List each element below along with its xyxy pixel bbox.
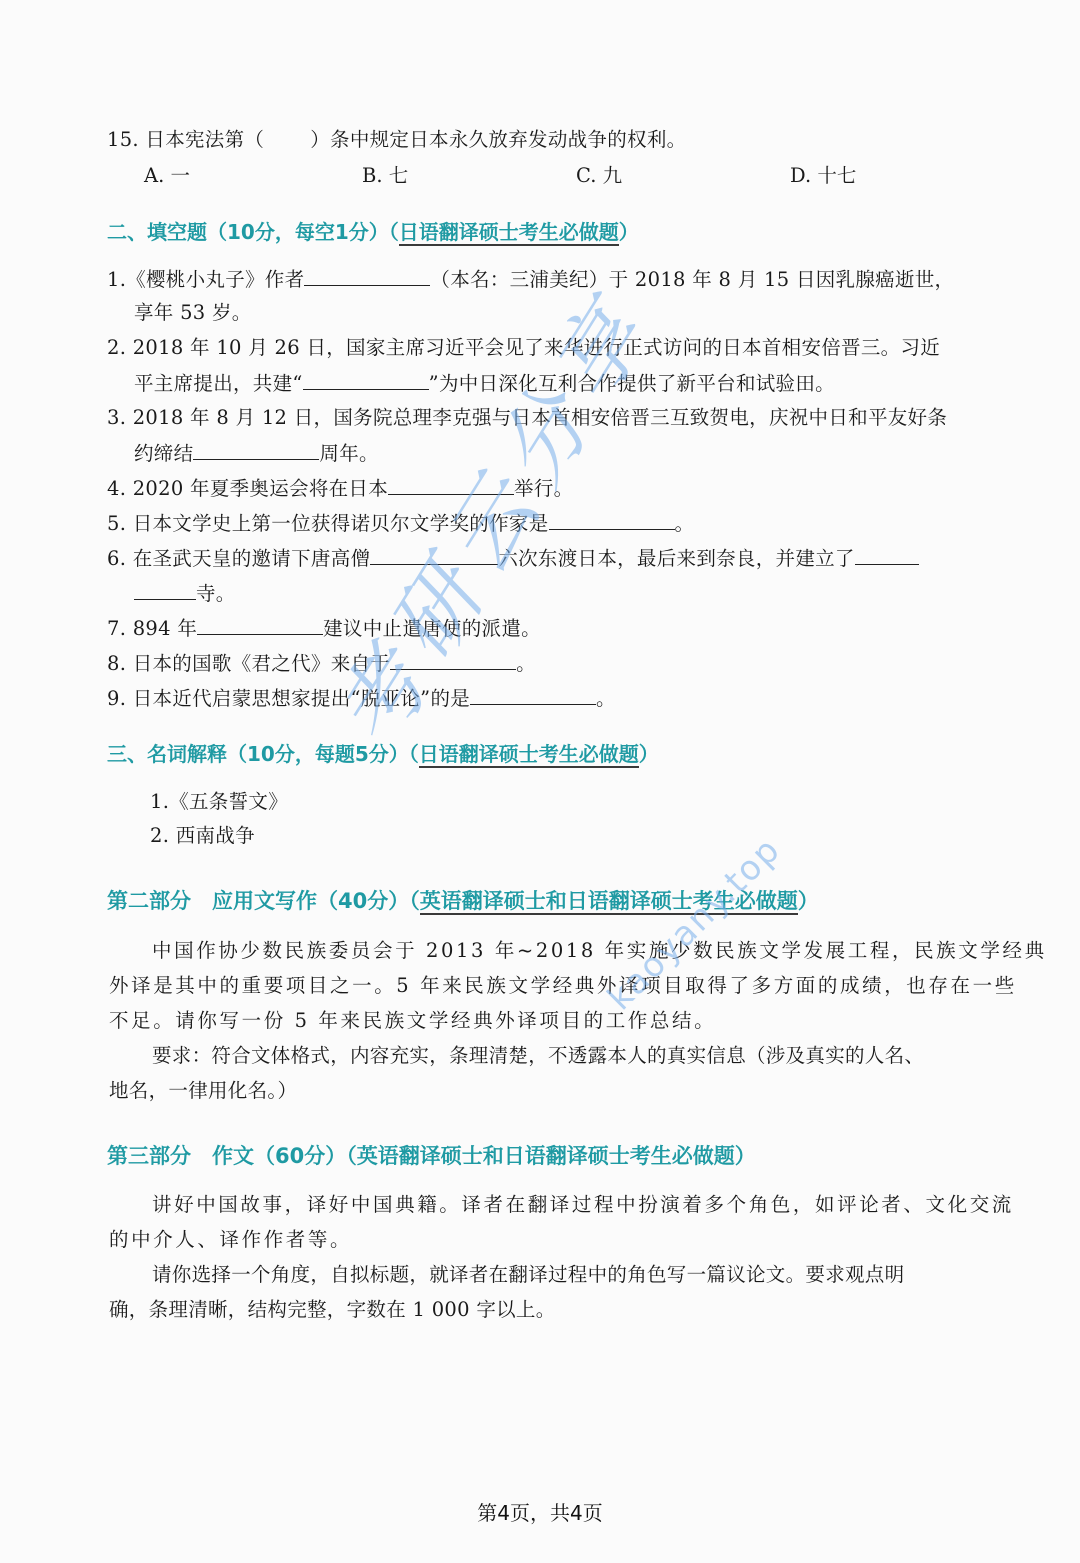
fill-item-5: 5. 日本文学史上第一位获得诺贝尔文学奖的作家是。: [107, 509, 694, 538]
section-title-underlined: 日语翻译硕士考生必做题: [419, 742, 639, 768]
item-text: 9. 日本近代启蒙思想家提出“脱亚论”的是: [107, 687, 470, 710]
item-text: （本名：三浦美纪）于 2018 年 8 月 15 日因乳腺癌逝世，: [430, 268, 954, 291]
answer-blank[interactable]: [370, 544, 498, 565]
fill-item-3: 3. 2018 年 8 月 12 日，国务院总理李克强与日本首相安倍晋三互致贺电…: [107, 404, 947, 432]
item-text: 建议中止遣唐使的派遣。: [323, 617, 541, 640]
part-2-requirement-line-2: 地名，一律用化名。）: [109, 1077, 297, 1105]
answer-blank[interactable]: [470, 684, 596, 705]
section-3-heading: 三、名词解释（10分，每题5分）（日语翻译硕士考生必做题）: [107, 739, 659, 769]
part-title: 第二部分 应用文写作（40分）（: [107, 889, 420, 913]
item-text: 六次东渡日本，最后来到奈良，并建立了: [498, 547, 854, 570]
item-text: 周年。: [319, 442, 378, 465]
answer-blank[interactable]: [549, 509, 675, 530]
item-text: ”为中日深化互利合作提供了新平台和试验田。: [429, 372, 835, 395]
fill-item-2: 2. 2018 年 10 月 26 日，国家主席习近平会见了来华进行正式访问的日…: [107, 334, 940, 362]
part-3-requirement-line-2: 确，条理清晰，结构完整，字数在 1 000 字以上。: [109, 1296, 556, 1324]
section-title-end: ）: [619, 220, 639, 244]
item-text: 8. 日本的国歌《君之代》来自于: [107, 652, 390, 675]
answer-blank[interactable]: [855, 544, 919, 565]
part-2-requirement-line-1: 要求：符合文体格式，内容充实，条理清楚，不透露本人的真实信息（涉及真实的人名、: [152, 1042, 924, 1070]
fill-item-4: 4. 2020 年夏季奥运会将在日本举行。: [107, 474, 573, 503]
option-c: C. 九: [576, 162, 622, 190]
option-a: A. 一: [144, 162, 190, 190]
section-title-underlined: 日语翻译硕士考生必做题: [399, 220, 619, 246]
term-item-2: 2. 西南战争: [150, 822, 255, 850]
fill-item-6: 6. 在圣武天皇的邀请下唐高僧六次东渡日本，最后来到奈良，并建立了: [107, 544, 919, 573]
fill-item-7: 7. 894 年建议中止遣唐使的派遣。: [107, 614, 541, 643]
part-2-paragraph-line-1: 中国作协少数民族委员会于 2013 年~2018 年实施少数民族文学发展工程，民…: [152, 937, 1047, 965]
fill-item-3-cont: 约缔结周年。: [134, 439, 379, 468]
part-3-paragraph-line-1: 讲好中国故事，译好中国典籍。译者在翻译过程中扮演着多个角色，如评论者、文化交流: [152, 1191, 1014, 1219]
answer-blank[interactable]: [388, 474, 514, 495]
part-2-paragraph-line-2: 外译是其中的重要项目之一。5 年来民族文学经典外译项目取得了多方面的成绩，也存在…: [109, 972, 1017, 1000]
answer-blank[interactable]: [304, 265, 430, 286]
answer-blank[interactable]: [197, 614, 323, 635]
item-text: 约缔结: [134, 442, 193, 465]
part-3-paragraph-line-2: 的中介人、译作作者等。: [109, 1226, 352, 1254]
fill-item-9: 9. 日本近代启蒙思想家提出“脱亚论”的是。: [107, 684, 616, 713]
item-text: 5. 日本文学史上第一位获得诺贝尔文学奖的作家是: [107, 512, 549, 535]
part-title-underlined: 英语翻译硕士和日语翻译硕士考生必做题: [420, 889, 798, 915]
item-text: 。: [596, 687, 616, 710]
part-2-heading: 第二部分 应用文写作（40分）（英语翻译硕士和日语翻译硕士考生必做题）: [107, 886, 819, 916]
option-b: B. 七: [362, 162, 408, 190]
fill-item-8: 8. 日本的国歌《君之代》来自于。: [107, 649, 536, 678]
answer-blank[interactable]: [303, 369, 429, 390]
item-text: 平主席提出，共建“: [134, 372, 303, 395]
stem-suffix: ）条中规定日本永久放弃发动战争的权利。: [310, 128, 686, 151]
part-title-end: ）: [798, 889, 819, 913]
part-2-paragraph-line-3: 不足。请你写一份 5 年来民族文学经典外译项目的工作总结。: [109, 1007, 716, 1035]
answer-blank[interactable]: [390, 649, 516, 670]
exam-page: 15. 日本宪法第（）条中规定日本永久放弃发动战争的权利。 A. 一 B. 七 …: [0, 0, 1080, 1563]
item-text: 寺。: [196, 582, 236, 605]
section-2-heading: 二、填空题（10分，每空1分）（日语翻译硕士考生必做题）: [107, 217, 639, 247]
answer-blank[interactable]: [134, 579, 196, 600]
stem-prefix: 15. 日本宪法第（: [107, 128, 264, 151]
item-text: 。: [516, 652, 536, 675]
section-title: 二、填空题（10分，每空1分）（: [107, 220, 399, 244]
item-text: 6. 在圣武天皇的邀请下唐高僧: [107, 547, 370, 570]
fill-item-2-cont: 平主席提出，共建“”为中日深化互利合作提供了新平台和试验田。: [134, 369, 835, 398]
option-d: D. 十七: [790, 162, 856, 190]
part-3-requirement-line-1: 请你选择一个角度，自拟标题，就译者在翻译过程中的角色写一篇议论文。要求观点明: [152, 1261, 904, 1289]
answer-blank[interactable]: [193, 439, 319, 460]
question-15-stem: 15. 日本宪法第（）条中规定日本永久放弃发动战争的权利。: [107, 126, 686, 154]
item-text: 举行。: [514, 477, 573, 500]
section-title: 三、名词解释（10分，每题5分）（: [107, 742, 419, 766]
part-3-heading: 第三部分 作文（60分）（英语翻译硕士和日语翻译硕士考生必做题）: [107, 1141, 756, 1171]
item-text: 4. 2020 年夏季奥运会将在日本: [107, 477, 388, 500]
section-title-end: ）: [639, 742, 659, 766]
item-text: 。: [675, 512, 695, 535]
page-number: 第4页，共4页: [0, 1497, 1080, 1526]
fill-item-1: 1.《樱桃小丸子》作者（本名：三浦美纪）于 2018 年 8 月 15 日因乳腺…: [107, 265, 954, 294]
fill-item-6-cont: 寺。: [134, 579, 236, 608]
item-text: 1.《樱桃小丸子》作者: [107, 268, 304, 291]
fill-item-1-cont: 享年 53 岁。: [134, 299, 252, 327]
item-text: 7. 894 年: [107, 617, 197, 640]
term-item-1: 1.《五条誓文》: [150, 788, 288, 816]
